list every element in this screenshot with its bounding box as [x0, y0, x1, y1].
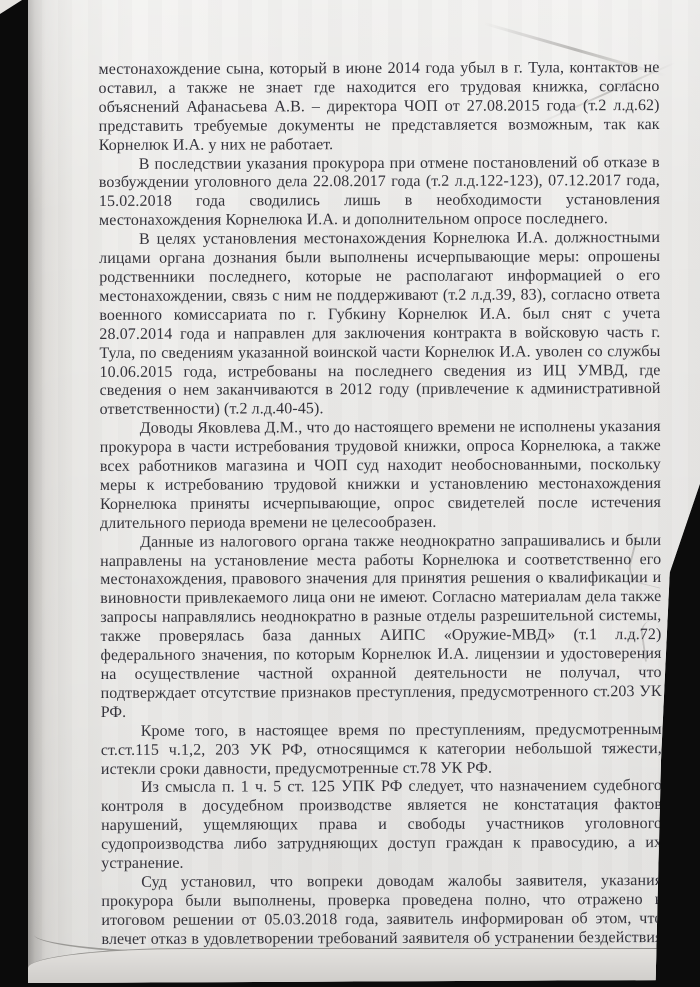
paragraph: Кроме того, в настоящее время по преступ…: [101, 721, 662, 780]
paragraph: Из смысла п. 1 ч. 5 ст. 125 УПК РФ следу…: [101, 777, 662, 873]
paragraph: местонахождение сына, который в июне 201…: [98, 59, 659, 155]
scanned-document-photo: местонахождение сына, который в июне 201…: [0, 0, 700, 987]
page-bottom-edge: [28, 948, 676, 983]
document-page: местонахождение сына, который в июне 201…: [28, 0, 700, 987]
paragraph: В последствии указания прокурора при отм…: [99, 154, 660, 232]
scan-edge-left: [0, 0, 28, 987]
paragraph: Доводы Яковлева Д.М., что до настоящего …: [100, 418, 661, 533]
paragraph: В целях установления местонахождения Кор…: [99, 229, 661, 420]
paragraph: Данные из налогового органа также неодно…: [100, 532, 662, 723]
page-text: местонахождение сына, который в июне 201…: [98, 59, 662, 968]
